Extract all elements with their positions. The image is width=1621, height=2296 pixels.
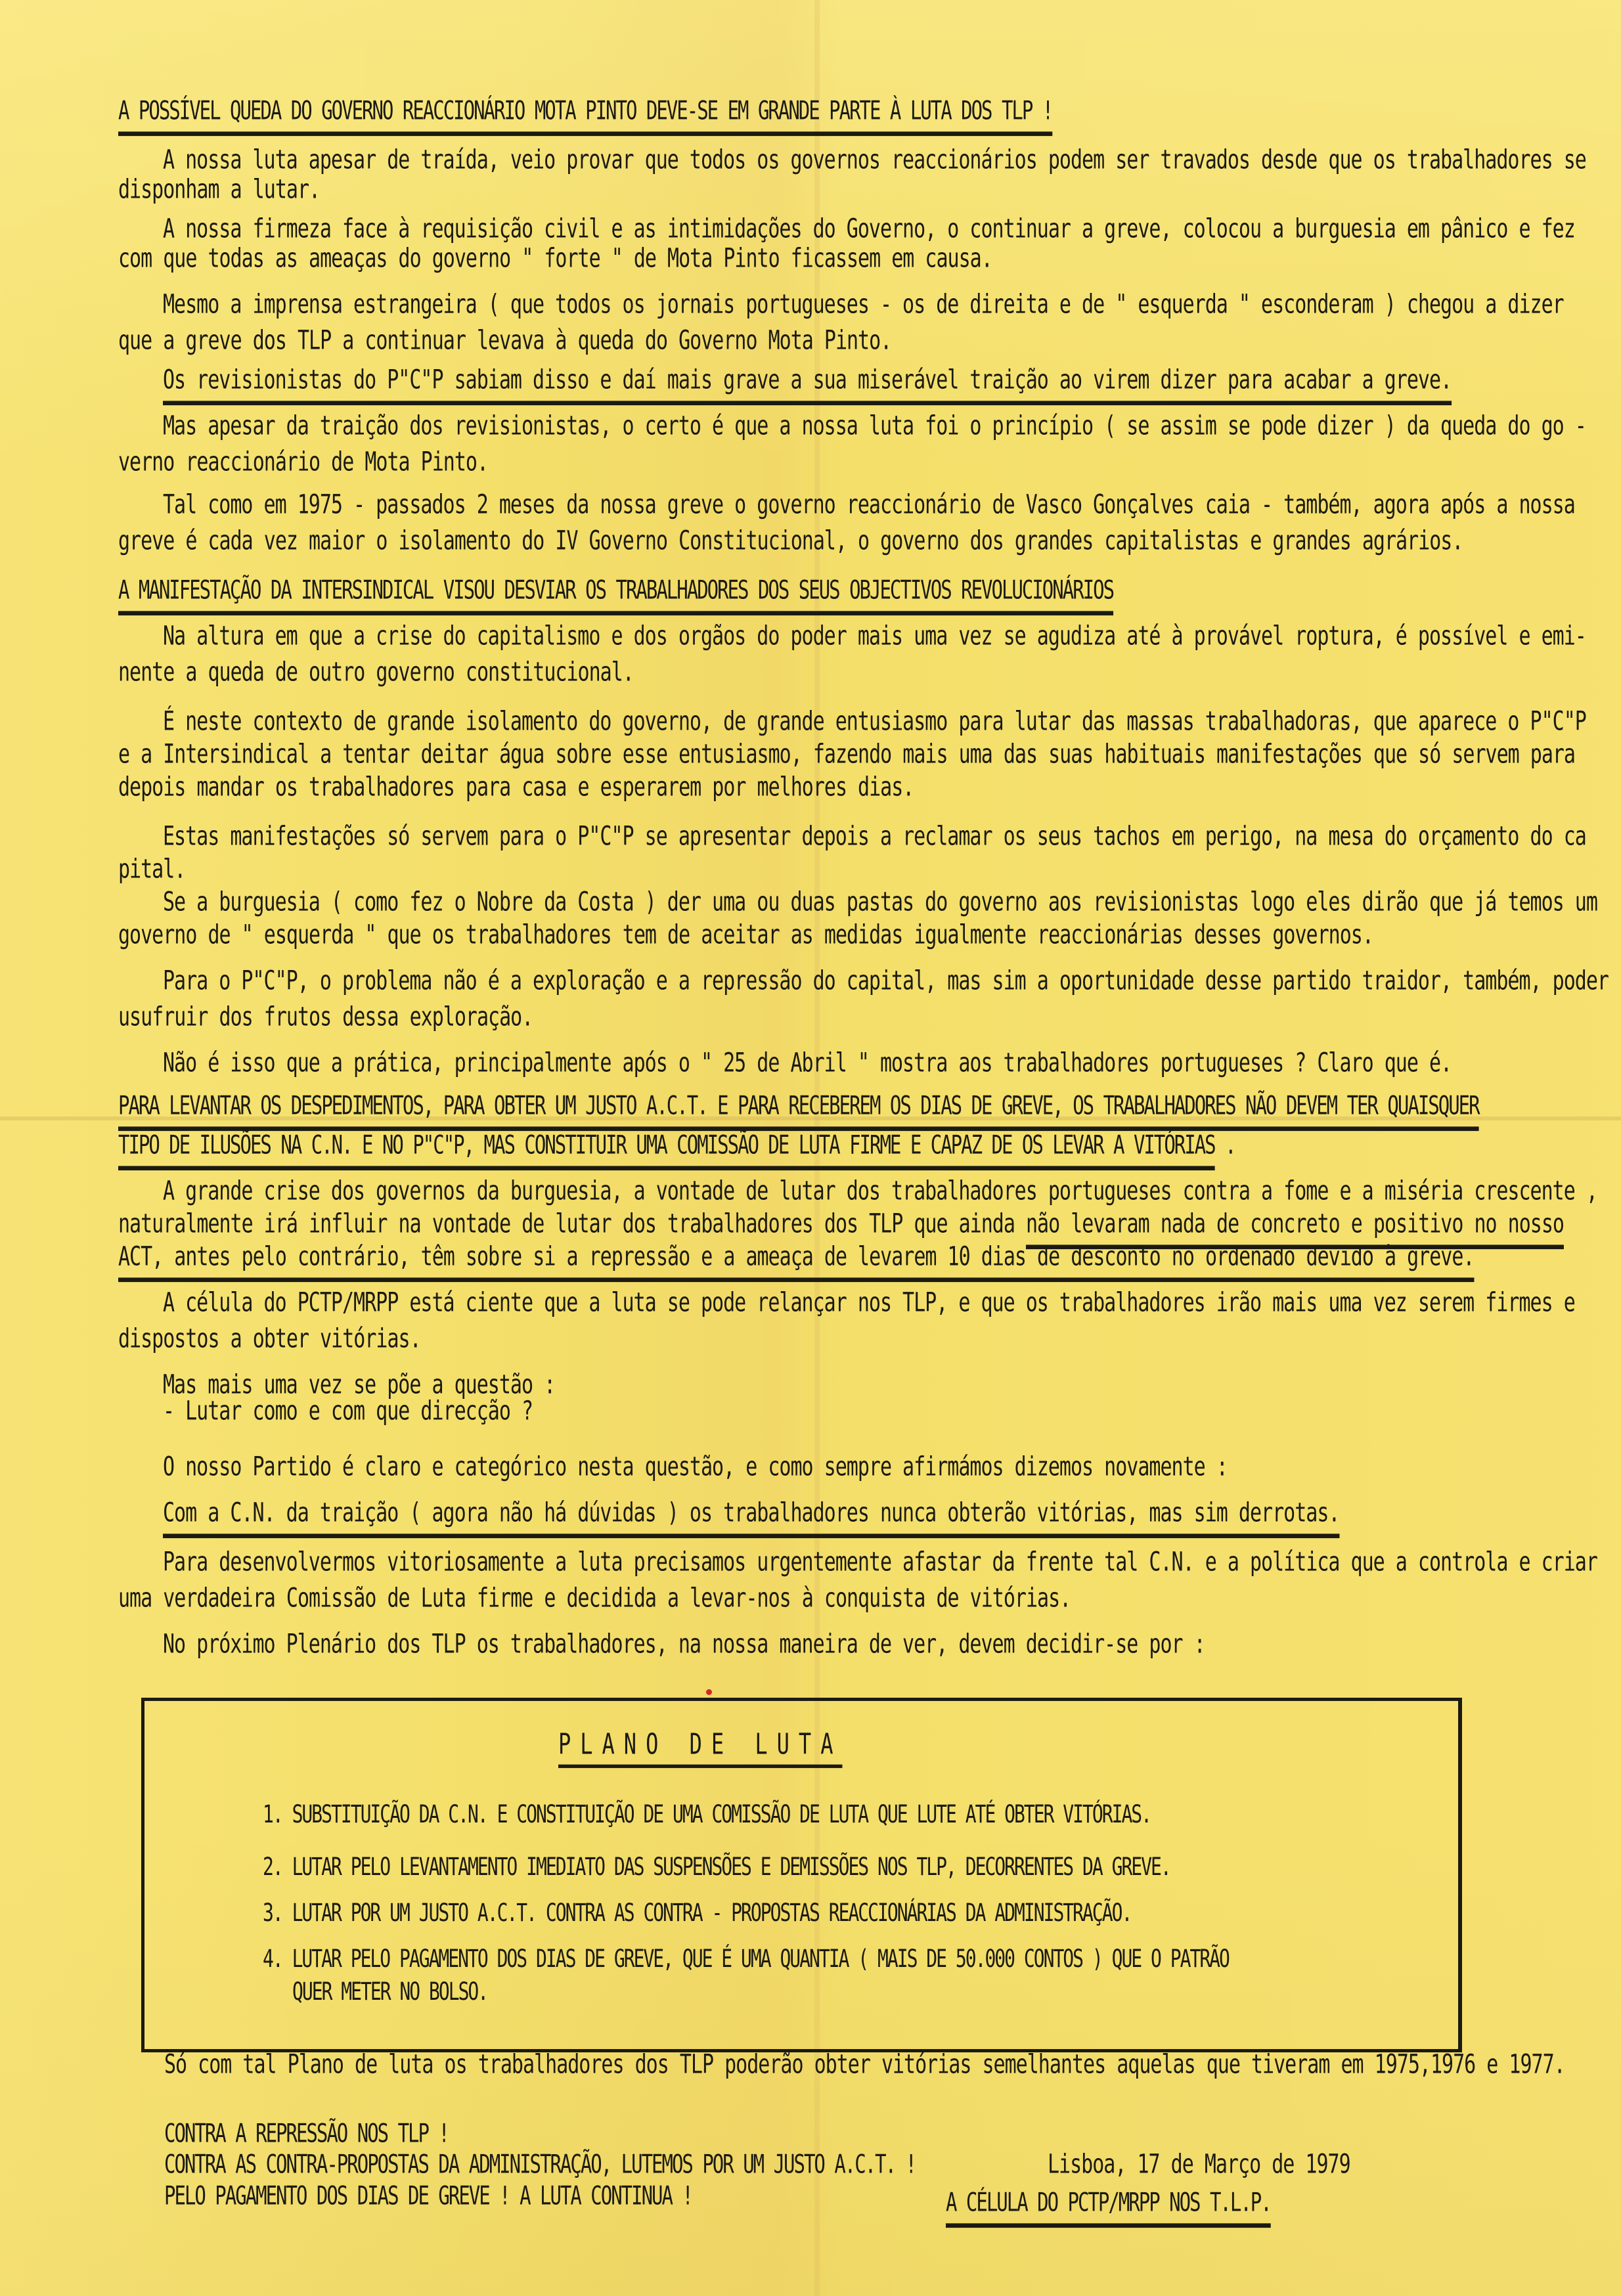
- paragraph-6-line-1: Tal como em 1975 - passados 2 meses da n…: [163, 489, 1575, 520]
- plan-item-3: 3. LUTAR POR UM JUSTO A.C.T. CONTRA AS C…: [263, 1898, 1131, 1928]
- paragraph-8-line-2: e a Intersindical a tentar deitar água s…: [118, 739, 1575, 770]
- closing-paragraph: Só com tal Plano de luta os trabalhadore…: [164, 2049, 1565, 2080]
- paragraph-13-line-2-wrap: naturalmente irá influir na vontade de l…: [118, 1208, 1564, 1239]
- place-and-date: Lisboa, 17 de Março de 1979: [1048, 2149, 1350, 2180]
- paragraph-1-line-2: disponham a lutar.: [118, 174, 320, 205]
- paragraph-13-line-2: naturalmente irá influir na vontade de l…: [118, 1208, 1026, 1239]
- paragraph-9-line-2: pital.: [118, 854, 185, 885]
- paragraph-8-line-3: depois mandar os trabalhadores para casa…: [118, 772, 914, 803]
- plan-item-4-continuation: QUER METER NO BOLSO.: [292, 1977, 487, 2006]
- paragraph-8-line-1: É neste contexto de grande isolamento do…: [163, 706, 1586, 737]
- paragraph-2-line-2: com que todas as ameaças do governo " fo…: [118, 243, 992, 274]
- signature: A CÉLULA DO PCTP/MRPP NOS T.L.P.: [946, 2187, 1271, 2217]
- paragraph-10-line-2: governo de " esquerda " que os trabalhad…: [118, 919, 1373, 950]
- paragraph-4-underlined: Os revisionistas do P"C"P sabiam disso e…: [163, 364, 1452, 395]
- paragraph-18-line-2: uma verdadeira Comissão de Luta firme e …: [118, 1583, 1071, 1614]
- paragraph-6-line-2: greve é cada vez maior o isolamento do I…: [118, 525, 1463, 556]
- paragraph-18-line-1: Para desenvolvermos vitoriosamente a lut…: [163, 1547, 1597, 1578]
- slogan-1: CONTRA A REPRESSÃO NOS TLP !: [164, 2118, 449, 2148]
- plan-item-1: 1. SUBSTITUIÇÃO DA C.N. E CONSTITUIÇÃO D…: [263, 1799, 1151, 1829]
- paragraph-13-line-1: A grande crise dos governos da burguesia…: [163, 1176, 1597, 1206]
- slogan-3: PELO PAGAMENTO DOS DIAS DE GREVE ! A LUT…: [164, 2180, 692, 2211]
- paragraph-7-line-2: nente a queda de outro governo constituc…: [118, 657, 634, 688]
- heading-despedimentos-line-2-wrap: TIPO DE ILUSÕES NA C.N. E NO P"C"P, MAS …: [118, 1130, 1235, 1160]
- heading-despedimentos-period: .: [1225, 1130, 1235, 1160]
- paragraph-5-line-1: Mas apesar da traição dos revisionistas,…: [163, 410, 1586, 441]
- paragraph-13-line-3: ACT, antes pelo contrário, têm sobre si …: [118, 1241, 1474, 1272]
- heading-intersindical: A MANIFESTAÇÃO DA INTERSINDICAL VISOU DE…: [118, 575, 1113, 605]
- paragraph-16: O nosso Partido é claro e categórico nes…: [163, 1451, 1228, 1482]
- paragraph-5-line-2: verno reaccionário de Mota Pinto.: [118, 447, 488, 477]
- headline: A POSSÍVEL QUEDA DO GOVERNO REACCIONÁRIO…: [118, 95, 1052, 125]
- paragraph-17-underlined: Com a C.N. da traição ( agora não há dúv…: [163, 1497, 1339, 1528]
- plan-item-2: 2. LUTAR PELO LEVANTAMENTO IMEDIATO DAS …: [263, 1852, 1170, 1882]
- paragraph-12: Não é isso que a prática, principalmente…: [163, 1048, 1452, 1078]
- heading-despedimentos-line-1: PARA LEVANTAR OS DESPEDIMENTOS, PARA OBT…: [118, 1090, 1479, 1120]
- paragraph-1-line-1: A nossa luta apesar de traída, veio prov…: [163, 144, 1586, 175]
- paragraph-9-line-1: Estas manifestações só servem para o P"C…: [163, 821, 1586, 852]
- paragraph-11-line-2: usufruir dos frutos dessa exploração.: [118, 1002, 533, 1032]
- paragraph-13-line-2-underlined: não levaram nada de concreto e positivo …: [1026, 1208, 1564, 1239]
- paragraph-14-line-2: dispostos a obter vitórias.: [118, 1323, 421, 1354]
- paragraph-14-line-1: A célula do PCTP/MRPP está ciente que a …: [163, 1287, 1575, 1318]
- question-line-2: - Lutar como e com que direcção ?: [163, 1396, 533, 1426]
- paragraph-11-line-1: Para o P"C"P, o problema não é a explora…: [163, 965, 1609, 996]
- heading-despedimentos-line-2: TIPO DE ILUSÕES NA C.N. E NO P"C"P, MAS …: [118, 1130, 1215, 1160]
- plano-de-luta-box: PLANO DE LUTA 1. SUBSTITUIÇÃO DA C.N. E …: [141, 1698, 1462, 2052]
- plano-de-luta-title: PLANO DE LUTA: [558, 1727, 842, 1761]
- plan-item-4: 4. LUTAR PELO PAGAMENTO DOS DIAS DE GREV…: [263, 1944, 1229, 1974]
- red-ink-dot: [706, 1689, 712, 1695]
- paragraph-10-line-1: Se a burguesia ( como fez o Nobre da Cos…: [163, 887, 1597, 917]
- paragraph-2-line-1: A nossa firmeza face à requisição civil …: [163, 213, 1575, 244]
- paragraph-19: No próximo Plenário dos TLP os trabalhad…: [163, 1629, 1205, 1660]
- paragraph-7-line-1: Na altura em que a crise do capitalismo …: [163, 621, 1586, 651]
- paragraph-3-line-2: que a greve dos TLP a continuar levava à…: [118, 325, 891, 356]
- paragraph-3-line-1: Mesmo a imprensa estrangeira ( que todos…: [163, 289, 1564, 320]
- slogan-2: CONTRA AS CONTRA-PROPOSTAS DA ADMINISTRA…: [164, 2149, 916, 2179]
